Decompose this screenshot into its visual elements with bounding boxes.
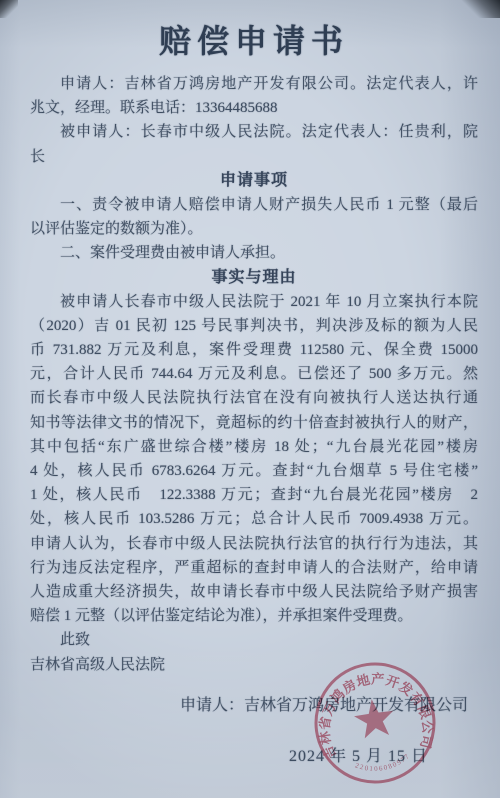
doc-section-heading: 事实与理由 xyxy=(30,266,478,290)
doc-line: 二、案件受理费由被申请人承担。 xyxy=(30,241,478,265)
doc-line: 申请人认为，长春市中级人民法院执行法官的执行行为违法，其 xyxy=(30,532,478,556)
seal-star-icon xyxy=(352,696,396,739)
doc-line: 被申请人长春市中级人民法院于 2021 年 10 月立案执行本院 xyxy=(30,290,478,314)
doc-title: 赔偿申请书 xyxy=(30,18,478,64)
photo-corner-dark-left xyxy=(0,0,18,18)
doc-line: 人造成重大经济损失，故申请长春市中级人民法院给予财产损害 xyxy=(30,580,478,604)
doc-line: 而长春市中级人民法院执行法官在没有向被执行人送达执行通 xyxy=(30,386,478,410)
doc-section-heading: 申请事项 xyxy=(30,169,478,193)
doc-line: 处，核人民币 103.5286 万元；总合计人民币 7009.4938 万元。 xyxy=(30,507,478,531)
doc-line: 元，合计人民币 744.64 万元及利息。已偿还了 500 多万元。然 xyxy=(30,362,478,386)
doc-line: （2020）吉 01 民初 125 号民事判决书，判决涉及标的额为人民 xyxy=(30,314,478,338)
doc-line: 被申请人：长春市中级人民法院。法定代表人：任贵利，院 xyxy=(30,120,478,144)
doc-line: 1 处，核人民币 122.3388 万元；查封“九台晨光花园”楼房 2 xyxy=(30,483,478,507)
doc-line: 赔偿 1 元整（以评估鉴定结论为准），并承担案件受理费。 xyxy=(30,604,478,628)
doc-line: 长 xyxy=(30,145,478,169)
doc-line: 一、责令被申请人赔偿申请人财产损失人民币 1 元整（最后 xyxy=(30,193,478,217)
doc-line: 以评估鉴定的数额为准）。 xyxy=(30,217,478,241)
doc-line: 兆文，经理。联系电话：13364485688 xyxy=(30,96,478,120)
company-seal: 吉林省万鸿房地产开发有限公司 2201060809771 xyxy=(298,646,452,798)
document-photo: 赔偿申请书 申请人：吉林省万鸿房地产开发有限公司。法定代表人，许 兆文，经理。联… xyxy=(0,0,500,798)
doc-line: 行为违反法定程序，严重超标的查封申请人的合法财产，给申请 xyxy=(30,556,478,580)
photo-corner-dark-right xyxy=(462,0,500,18)
doc-line: 4 处，核人民币 6783.6264 万元。查封“九台烟草 5 号住宅楼” xyxy=(30,459,478,483)
doc-line: 知书等法律文书的情况下，竟超标的约十倍查封被执行人的财产， xyxy=(30,411,478,435)
doc-line: 申请人：吉林省万鸿房地产开发有限公司。法定代表人，许 xyxy=(30,72,478,96)
doc-line: 币 731.882 万元及利息，案件受理费 112580 元、保全费 15000 xyxy=(30,338,478,362)
doc-line: 其中包括“东广盛世综合楼”楼房 18 处；“九台晨光花园”楼房 xyxy=(30,435,478,459)
